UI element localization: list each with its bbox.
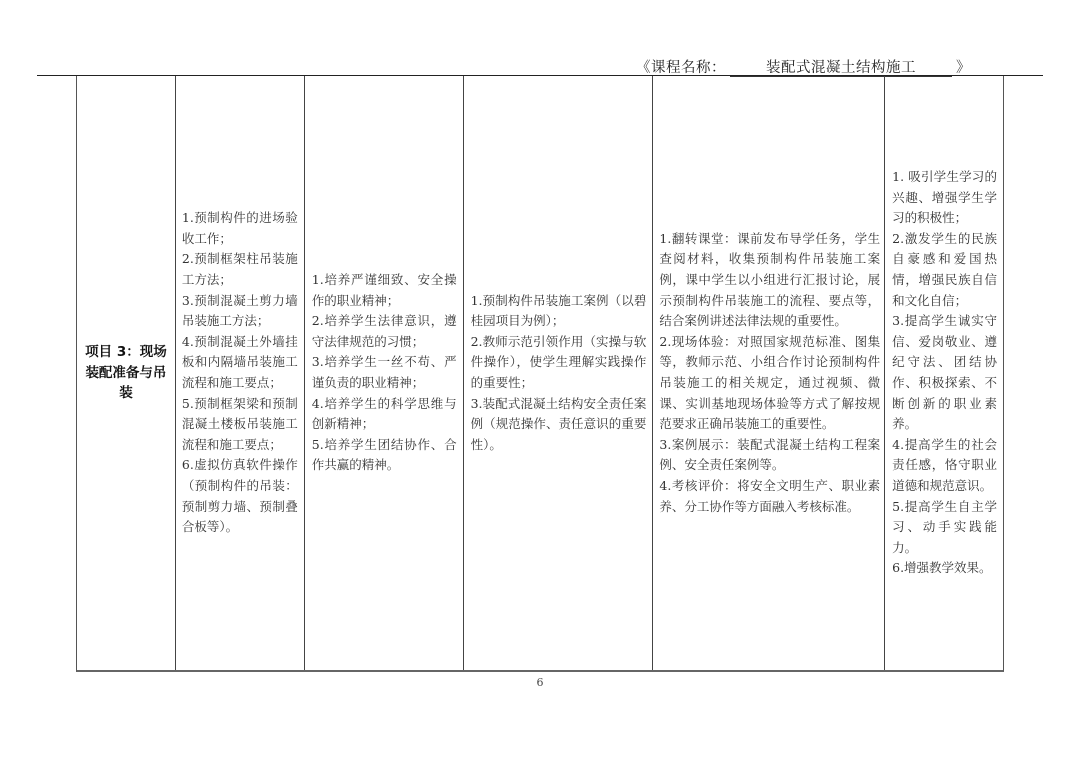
list-item: 3.培养学生一丝不苟、严谨负责的职业精神； bbox=[312, 352, 457, 393]
list-item: 2.培养学生法律意识，遵守法律规范的习惯； bbox=[312, 311, 457, 352]
list-item: 6.增强教学效果。 bbox=[892, 558, 997, 579]
list-item: 1.翻转课堂：课前发布导学任务，学生查阅材料，收集预制构件吊装施工案例，课中学生… bbox=[659, 229, 880, 332]
list-item: 3.提高学生诚实守信、爱岗敬业、遵纪守法、团结协作、积极探索、不断创新的职业素养… bbox=[892, 311, 997, 435]
curriculum-table: 项目 3：现场装配准备与吊装 1.预制构件的进场验收工作； 2.预制框架柱吊装施… bbox=[76, 76, 1004, 672]
cases-cell: 1.预制构件吊装施工案例（以碧桂园项目为例）； 2.教师示范引领作用（实操与软件… bbox=[464, 76, 654, 670]
list-item: 3.案例展示：装配式混凝土结构工程案例、安全责任案例等。 bbox=[659, 435, 880, 476]
expected-effects-cell: 1. 吸引学生学习的兴趣、增强学生学习的积极性； 2.激发学生的民族自豪感和爱国… bbox=[885, 76, 1003, 670]
list-item: 5.预制框架梁和预制混凝土楼板吊装施工流程和施工要点； bbox=[182, 394, 298, 456]
course-header: 《课程名称：装配式混凝土结构施工》 bbox=[636, 56, 971, 77]
project-title: 项目 3：现场装配准备与吊装 bbox=[77, 342, 175, 404]
list-item: 1. 吸引学生学习的兴趣、增强学生学习的积极性； bbox=[892, 167, 997, 229]
list-item: 2.预制框架柱吊装施工方法； bbox=[182, 249, 298, 290]
ideological-goals-list: 1.培养严谨细致、安全操作的职业精神； 2.培养学生法律意识，遵守法律规范的习惯… bbox=[312, 270, 457, 476]
teaching-content-cell: 1.预制构件的进场验收工作； 2.预制框架柱吊装施工方法； 3.预制混凝土剪力墙… bbox=[176, 76, 305, 670]
teaching-content-list: 1.预制构件的进场验收工作； 2.预制框架柱吊装施工方法； 3.预制混凝土剪力墙… bbox=[182, 208, 298, 538]
teaching-methods-cell: 1.翻转课堂：课前发布导学任务，学生查阅材料，收集预制构件吊装施工案例，课中学生… bbox=[653, 76, 885, 670]
course-header-suffix: 》 bbox=[956, 60, 971, 76]
list-item: 4.预制混凝土外墙挂板和内隔墙吊装施工流程和施工要点； bbox=[182, 332, 298, 394]
course-header-prefix: 《课程名称： bbox=[636, 60, 726, 76]
ideological-goals-cell: 1.培养严谨细致、安全操作的职业精神； 2.培养学生法律意识，遵守法律规范的习惯… bbox=[305, 76, 464, 670]
list-item: 5.培养学生团结协作、合作共赢的精神。 bbox=[312, 435, 457, 476]
list-item: 2.教师示范引领作用（实操与软件操作），使学生理解实践操作的重要性； bbox=[471, 332, 647, 394]
expected-effects-list: 1. 吸引学生学习的兴趣、增强学生学习的积极性； 2.激发学生的民族自豪感和爱国… bbox=[892, 167, 997, 579]
list-item: 3.装配式混凝土结构安全责任案例（规范操作、责任意识的重要性）。 bbox=[471, 394, 647, 456]
list-item: 1.预制构件吊装施工案例（以碧桂园项目为例）； bbox=[471, 291, 647, 332]
teaching-methods-list: 1.翻转课堂：课前发布导学任务，学生查阅材料，收集预制构件吊装施工案例，课中学生… bbox=[659, 229, 880, 517]
list-item: 2.激发学生的民族自豪感和爱国热情，增强民族自信和文化自信； bbox=[892, 229, 997, 311]
page-number: 6 bbox=[0, 676, 1080, 689]
list-item: 4.考核评价：将安全文明生产、职业素养、分工协作等方面融入考核标准。 bbox=[659, 476, 880, 517]
list-item: 4.提高学生的社会责任感，恪守职业道德和规范意识。 bbox=[892, 435, 997, 497]
list-item: 3.预制混凝土剪力墙吊装施工方法； bbox=[182, 291, 298, 332]
list-item: 1.预制构件的进场验收工作； bbox=[182, 208, 298, 249]
list-item: 2.现场体验：对照国家规范标准、图集等，教师示范、小组合作讨论预制构件吊装施工的… bbox=[659, 332, 880, 435]
list-item: 1.培养严谨细致、安全操作的职业精神； bbox=[312, 270, 457, 311]
list-item: 4.培养学生的科学思维与创新精神； bbox=[312, 394, 457, 435]
project-cell: 项目 3：现场装配准备与吊装 bbox=[77, 76, 176, 670]
cases-list: 1.预制构件吊装施工案例（以碧桂园项目为例）； 2.教师示范引领作用（实操与软件… bbox=[471, 291, 647, 456]
list-item: 5.提高学生自主学习、动手实践能力。 bbox=[892, 497, 997, 559]
list-item: 6.虚拟仿真软件操作 （预制构件的吊装：预制剪力墙、预制叠合板等）。 bbox=[182, 455, 298, 537]
